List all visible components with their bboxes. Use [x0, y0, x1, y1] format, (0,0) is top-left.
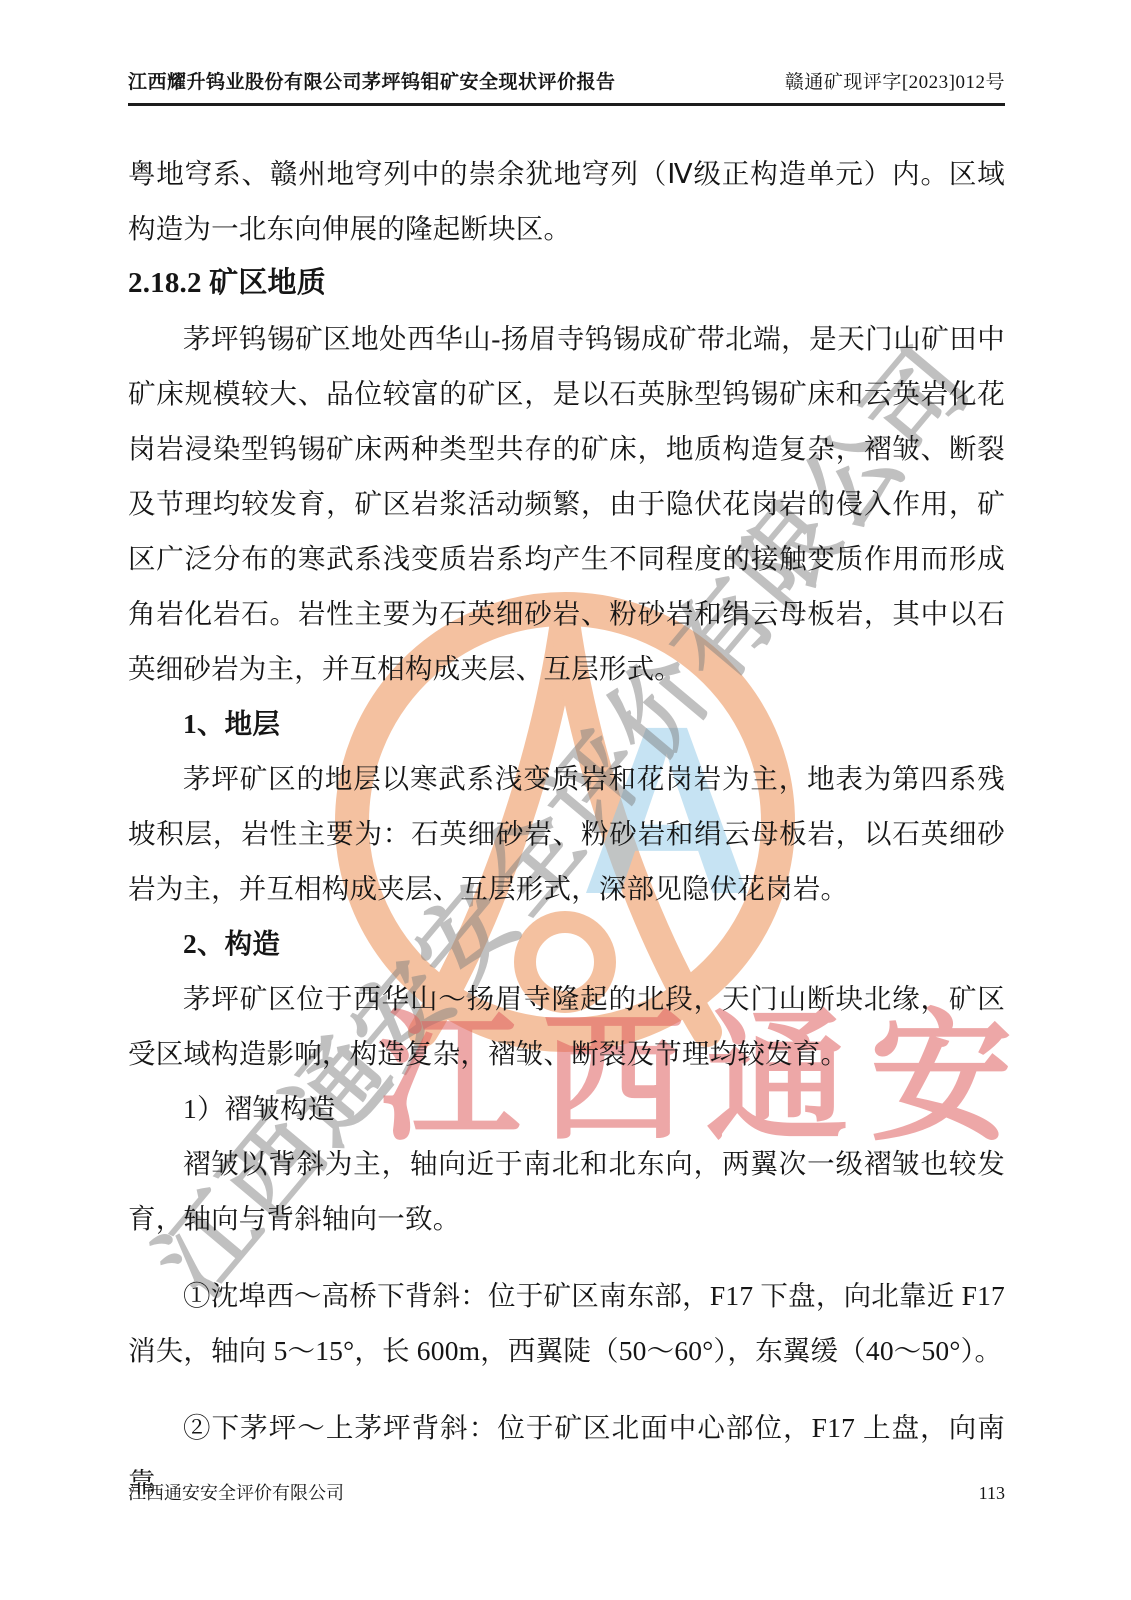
para-fold: 褶皱以背斜为主，轴向近于南北和北东向，两翼次一级褶皱也较发育，轴向与背斜轴向一致…	[128, 1136, 1005, 1246]
header-document-number: 赣通矿现评字[2023]012号	[785, 72, 1005, 94]
heading-stratum: 1、地层	[128, 696, 1005, 751]
para-region-structure-cont: 粤地穹系、赣州地穹列中的崇余犹地穹列（Ⅳ级正构造单元）内。区域构造为一北东向伸展…	[128, 146, 1005, 256]
document-page: A 江西通安安全评价有限公司 江西通安 江西耀升钨业股份有限公司茅坪钨钼矿安全现…	[0, 0, 1131, 1600]
page-header: 江西耀升钨业股份有限公司茅坪钨钼矿安全现状评价报告 赣通矿现评字[2023]01…	[128, 72, 1005, 106]
para-anticline-1: ①沈埠西～高桥下背斜：位于矿区南东部，F17 下盘，向北靠近 F17 消失，轴向…	[128, 1268, 1005, 1378]
heading-structure: 2、构造	[128, 916, 1005, 971]
subheading-fold-structure: 1）褶皱构造	[128, 1081, 1005, 1136]
para-mine-geology: 茅坪钨锡矿区地处西华山-扬眉寺钨锡成矿带北端，是天门山矿田中矿床规模较大、品位较…	[128, 311, 1005, 696]
para-stratum: 茅坪矿区的地层以寒武系浅变质岩和花岗岩为主，地表为第四系残坡积层，岩性主要为：石…	[128, 751, 1005, 916]
heading-2-18-2: 2.18.2 矿区地质	[128, 256, 1005, 311]
para-anticline-2: ②下茅坪～上茅坪背斜：位于矿区北面中心部位，F17 上盘，向南靠	[128, 1400, 1005, 1510]
header-report-title: 江西耀升钨业股份有限公司茅坪钨钼矿安全现状评价报告	[128, 72, 616, 94]
para-structure: 茅坪矿区位于西华山～扬眉寺隆起的北段，天门山断块北缘，矿区受区域构造影响，构造复…	[128, 971, 1005, 1081]
document-body: 粤地穹系、赣州地穹列中的崇余犹地穹列（Ⅳ级正构造单元）内。区域构造为一北东向伸展…	[128, 146, 1005, 1510]
